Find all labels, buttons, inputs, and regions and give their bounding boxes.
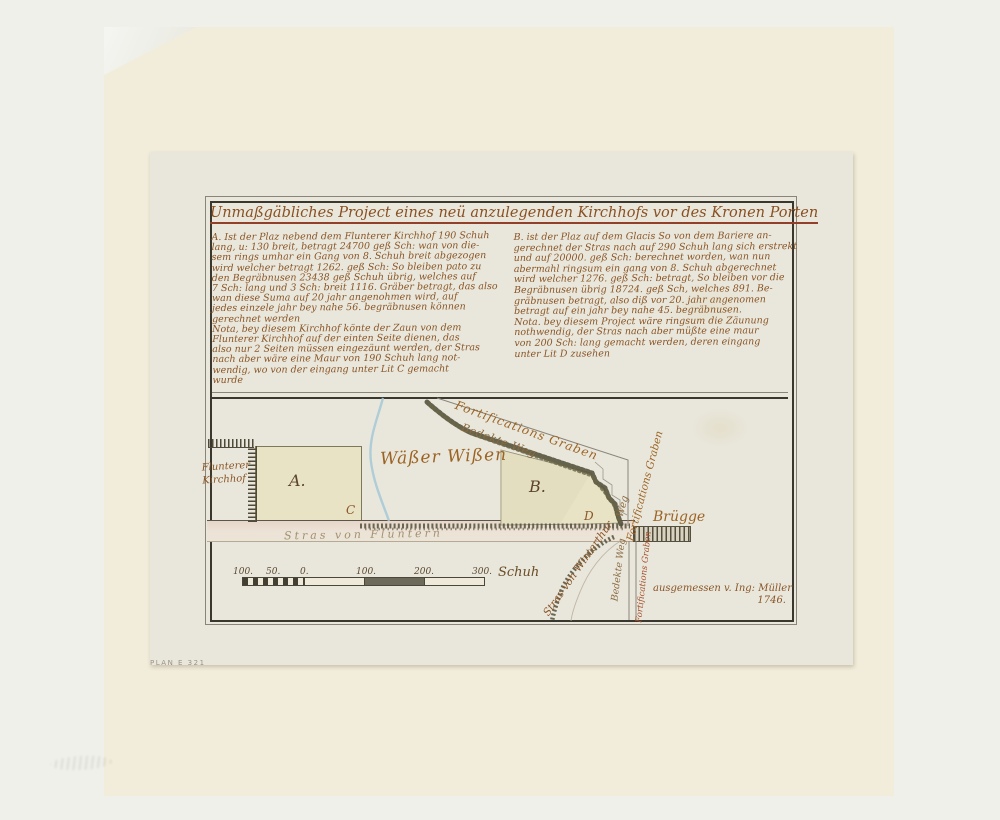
bridge-hatch [633,526,691,542]
scale-bar-ticked-segment [243,578,304,585]
scale-tick-200: 200. [414,567,434,577]
parcel-b-letter: B. [529,477,546,496]
text-line: unter Lit D zusehen [514,348,800,361]
archive-stamp: PLAN E 321 [150,659,206,667]
scale-tick-100-left: 100. [233,567,253,577]
surveyor-signature: ausgemessen v. Ing: Müller 1746. [612,583,792,607]
flunterer-kirchhof-label: Flunterer Kirchhof [201,459,258,488]
parcel-a-letter: A. [289,471,306,490]
paragraph-b: B. ist der Plaz auf dem Glacis So von de… [514,231,801,360]
scale-tick-0: 0. [300,567,309,577]
paragraph-a: A. Ist der Plaz nebend dem Flunterer Kir… [211,231,514,386]
point-d-label: D [584,509,594,523]
scale-bar-separator [364,578,365,585]
point-c-label: C [346,503,355,517]
text-line: wurde [212,374,514,386]
scale-unit-label: Schuh [498,565,539,580]
pencil-smudge [50,754,113,771]
scale-bar-separator [304,578,305,585]
scale-bar-solid-segment [364,578,424,585]
scale-bar [242,577,485,586]
scale-tick-300: 300. [472,567,492,577]
scanned-plan-canvas: Unmaßgäbliches Project eines neü anzuleg… [0,0,1000,820]
scale-tick-100-right: 100. [356,567,376,577]
section-divider [212,392,788,399]
plan-title: Unmaßgäbliches Project eines neü anzuleg… [210,205,790,224]
text-line: von 200 Sch: lang gemacht werden, deren … [514,337,800,350]
signature-line1: ausgemessen v. Ing: Müller [612,583,792,595]
signature-year: 1746. [612,595,792,607]
bridge-label: Brügge [653,509,705,525]
plan-title-text: Unmaßgäbliches Project eines neü anzuleg… [210,205,818,224]
scale-tick-50: 50. [266,567,280,577]
scale-bar-separator [424,578,425,585]
road-fluntern-label: Stras von Fluntern [284,527,443,543]
